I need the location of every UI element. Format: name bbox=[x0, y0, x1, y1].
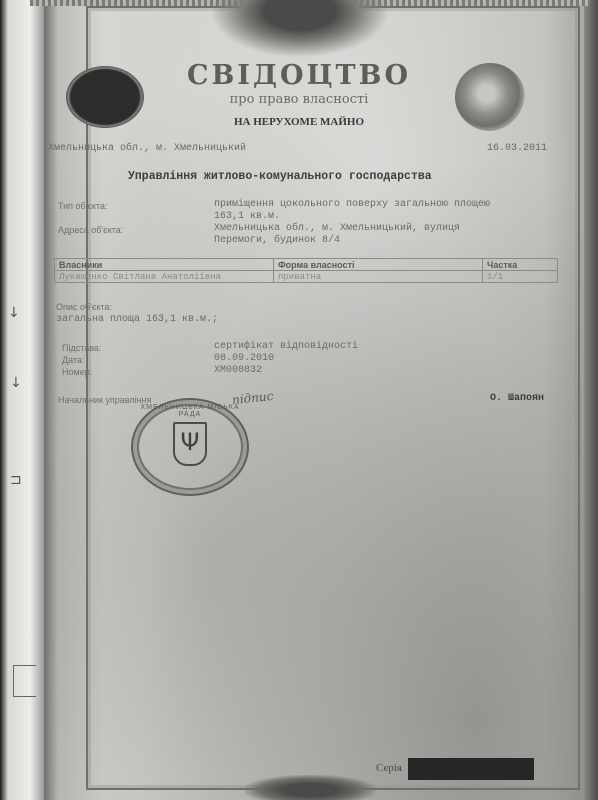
document-subject: НА НЕРУХОМЕ МАЙНО bbox=[0, 116, 598, 128]
basis-date-label: Дата: bbox=[62, 355, 84, 365]
header-share: Частка bbox=[483, 259, 558, 271]
issue-location: Хмельницька обл., м. Хмельницький bbox=[48, 143, 246, 154]
address-label: Адреса об'єкта: bbox=[58, 225, 123, 235]
document-title: СВІДОЦТВО bbox=[0, 60, 598, 91]
document-subtitle: про право власності bbox=[0, 92, 598, 107]
signatory-name: О. Шапоян bbox=[490, 393, 544, 404]
ownership-form: приватна bbox=[274, 271, 483, 283]
table-row: Лукашенко Світлана Анатоліївна приватна … bbox=[55, 271, 558, 283]
trident-emblem-icon: Ψ bbox=[173, 422, 207, 466]
address-value-cont: Перемоги, будинок 8/4 bbox=[214, 235, 340, 246]
header-owners: Власники bbox=[55, 259, 274, 271]
basis-date-value: 08.09.2010 bbox=[214, 353, 274, 364]
margin-bracket-line bbox=[13, 665, 36, 697]
basis-value: сертифікат відповідності bbox=[214, 341, 358, 352]
margin-bracket-mark: ⊐ bbox=[10, 472, 22, 488]
header-ownership-form: Форма власності bbox=[274, 259, 483, 271]
official-stamp: ХМЕЛЬНИЦЬКА МІСЬКА РАДА Ψ bbox=[131, 398, 249, 496]
ornament-crest-bottom-icon bbox=[245, 775, 375, 800]
issuer-name: Управління житлово-комунального господар… bbox=[128, 170, 432, 183]
issue-date: 16.03.2011 bbox=[487, 143, 547, 154]
object-type-value-cont: 163,1 кв.м. bbox=[214, 211, 280, 222]
margin-arrow-mark: ↓ bbox=[8, 305, 20, 321]
stamp-text: ХМЕЛЬНИЦЬКА МІСЬКА РАДА bbox=[133, 404, 247, 418]
table-header-row: Власники Форма власності Частка bbox=[55, 259, 558, 271]
object-type-value: приміщення цокольного поверху загальною … bbox=[214, 199, 490, 210]
basis-number-value: ХМ000832 bbox=[214, 365, 262, 376]
owners-table: Власники Форма власності Частка Лукашенк… bbox=[54, 258, 558, 283]
basis-label: Підстава: bbox=[62, 343, 101, 353]
description-label: Опис об'єкта: bbox=[56, 302, 112, 312]
margin-arrow-mark: ↓ bbox=[10, 375, 22, 391]
series-number-redacted bbox=[408, 758, 534, 780]
owner-name: Лукашенко Світлана Анатоліївна bbox=[55, 271, 274, 283]
description-value: загальна площа 163,1 кв.м.; bbox=[56, 314, 218, 325]
address-value: Хмельницька обл., м. Хмельницький, вулиц… bbox=[214, 223, 460, 234]
ownership-share: 1/1 bbox=[483, 271, 558, 283]
basis-number-label: Номер: bbox=[62, 367, 92, 377]
object-type-label: Тип об'єкта: bbox=[58, 201, 108, 211]
series-label: Серія bbox=[376, 762, 402, 774]
